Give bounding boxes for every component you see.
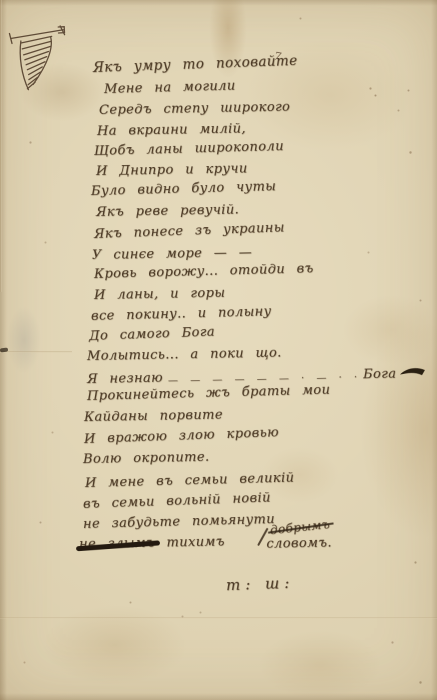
poem-line: Кайданы порвите	[84, 408, 223, 425]
poem-line: Якъ понесе зъ украины	[94, 220, 285, 242]
poem-line: У синєе море — —	[92, 245, 252, 263]
correction-stack: добрымъ словомъ.	[244, 533, 310, 549]
poem-line-corrected: не злымъ тихимъ добрымъ словомъ.	[79, 533, 310, 552]
ink-flourish-blot	[398, 364, 428, 383]
poem-line: Було видно було чуты	[91, 179, 277, 199]
poem-line-prefix: Я незнаю	[87, 371, 163, 387]
poem-line: И ланы, и горы	[94, 286, 226, 303]
struck-out-word: не злымъ	[79, 536, 155, 552]
poem-line: Якъ умру то поховайте	[93, 53, 298, 76]
poem-line: На вкраини милій,	[97, 121, 246, 139]
fold-crease-bottom	[0, 617, 437, 619]
poem-line: все покину.. и полыну	[91, 304, 272, 324]
poem-line: въ семьи вольній новій	[83, 490, 271, 512]
poem-line: Щобъ ланы широкополи	[94, 139, 284, 159]
poem-line-suffix: Бога	[363, 367, 397, 383]
poem-line: Середъ степу широкого	[99, 100, 290, 118]
manuscript-page: 7 Якъ умру то поховайте Мене на могили С…	[0, 0, 437, 700]
poem-line: И вражою злою кровью	[84, 425, 279, 447]
poem-word: тихимъ	[166, 534, 225, 550]
poem-line: не забудьте помьянути	[83, 512, 275, 532]
poem-line: Волю окропите.	[83, 450, 210, 467]
poem-line: Якъ реве ревучій.	[96, 203, 239, 220]
hatched-doodle-icon	[6, 22, 74, 101]
poem-line: До самого Бога	[89, 325, 215, 344]
inserted-word: добрымъ	[270, 517, 331, 537]
poem-line: И мене въ семьи великій	[85, 471, 295, 491]
poem-line: И Днипро и кручи	[96, 161, 248, 179]
author-initials-signature: Т: Ш:	[226, 574, 295, 594]
poem-line: Кровь ворожу... отойди въ	[94, 261, 314, 282]
poem-word: словомъ.	[266, 536, 332, 552]
poem-line: Мене на могили	[104, 79, 236, 97]
poem-line-with-dashes: Я незнаю— — — — — — · — · ·Бога	[87, 363, 429, 387]
poem-line: Молытись... а поки що.	[87, 346, 282, 364]
fold-crease-left	[0, 351, 72, 353]
fold-crease-vertical	[0, 0, 2, 292]
